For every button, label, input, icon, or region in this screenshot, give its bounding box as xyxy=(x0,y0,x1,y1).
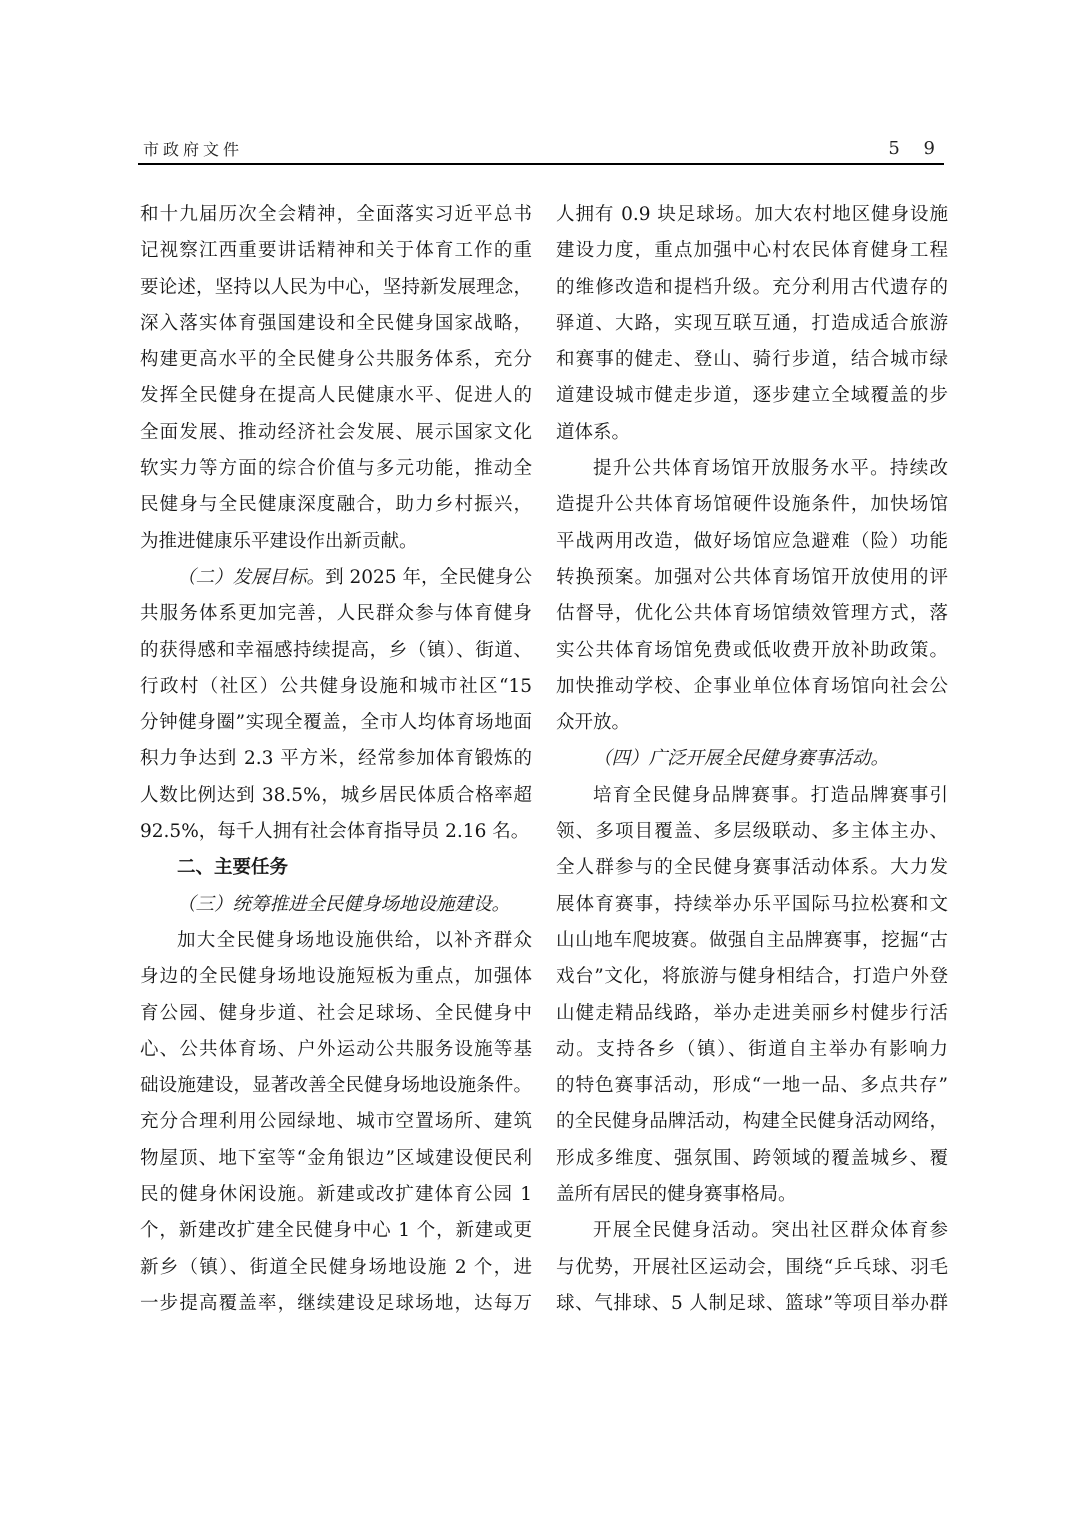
text-run: 发挥全民健身在提高人民健康水平、促进人的 xyxy=(140,385,532,406)
text-run: 提升公共体育场馆开放服务水平。持续改 xyxy=(593,458,948,479)
text-line: 充分合理利用公园绿地、城市空置场所、建筑 xyxy=(140,1104,532,1140)
text-line: 二、主要任务 xyxy=(140,850,532,886)
text-line: 行政村（社区）公共健身设施和城市社区“15 xyxy=(140,669,532,705)
text-line: 民健身与全民健康深度融合，助力乡村振兴， xyxy=(140,487,532,523)
text-run: 盖所有居民的健身赛事格局。 xyxy=(556,1184,797,1205)
text-line: 驿道、大路，实现互联互通，打造成适合旅游 xyxy=(556,306,948,342)
text-line: 与优势，开展社区运动会，围绕“乒乓球、羽毛 xyxy=(556,1250,948,1286)
text-line: 估督导，优化公共体育场馆绩效管理方式，落 xyxy=(556,596,948,632)
kaiti-run: （三）统筹推进全民健身场地设施建设。 xyxy=(177,894,510,915)
text-run: 的全民健身品牌活动，构建全民健身活动网络， xyxy=(556,1111,948,1132)
text-line: 积力争达到 2.3 平方米，经常参加体育锻炼的 xyxy=(140,741,532,777)
header-rule xyxy=(138,163,944,165)
text-run: 心、公共体育场、户外运动公共服务设施等基 xyxy=(140,1039,532,1060)
text-line: 山山地车爬坡赛。做强自主品牌赛事，挖掘“古 xyxy=(556,923,948,959)
document-page: 市政府文件 5 9 和十九届历次全会精神，全面落实习近平总书记视察江西重要讲话精… xyxy=(0,0,1074,1520)
text-line: 全人群参与的全民健身赛事活动体系。大力发 xyxy=(556,850,948,886)
text-line: 加大全民健身场地设施供给，以补齐群众 xyxy=(140,923,532,959)
text-run: 民健身与全民健康深度融合，助力乡村振兴， xyxy=(140,494,532,515)
text-run: 的维修改造和提档升级。充分利用古代遗存的 xyxy=(556,277,948,298)
text-run: 人数比例达到 38.5%，城乡居民体质合格率超 xyxy=(140,785,532,806)
text-run: 构建更高水平的全民健身公共服务体系，充分 xyxy=(140,349,532,370)
text-line: 的维修改造和提档升级。充分利用古代遗存的 xyxy=(556,270,948,306)
text-line: 构建更高水平的全民健身公共服务体系，充分 xyxy=(140,342,532,378)
text-line: 心、公共体育场、户外运动公共服务设施等基 xyxy=(140,1032,532,1068)
text-run: 础设施建设，显著改善全民健身场地设施条件。 xyxy=(140,1075,532,1096)
right-column: 人拥有 0.9 块足球场。加大农村地区健身设施建设力度，重点加强中心村农民体育健… xyxy=(556,197,948,1322)
text-line: （三）统筹推进全民健身场地设施建设。 xyxy=(140,887,532,923)
text-line: 戏台”文化，将旅游与健身相结合，打造户外登 xyxy=(556,959,948,995)
text-line: 民的健身休闲设施。新建或改扩建体育公园 1 xyxy=(140,1177,532,1213)
text-line: 道体系。 xyxy=(556,415,948,451)
text-run: 平战两用改造，做好场馆应急避难（险）功能 xyxy=(556,531,948,552)
text-run: 道体系。 xyxy=(556,422,630,443)
text-run: 记视察江西重要讲话精神和关于体育工作的重 xyxy=(140,240,532,261)
header-doc-type-label: 市政府文件 xyxy=(143,137,243,160)
text-run: 估督导，优化公共体育场馆绩效管理方式，落 xyxy=(556,603,948,624)
text-line: 平战两用改造，做好场馆应急避难（险）功能 xyxy=(556,524,948,560)
text-line: 要论述，坚持以人民为中心，坚持新发展理念， xyxy=(140,270,532,306)
left-column: 和十九届历次全会精神，全面落实习近平总书记视察江西重要讲话精神和关于体育工作的重… xyxy=(140,197,532,1322)
text-line: 人拥有 0.9 块足球场。加大农村地区健身设施 xyxy=(556,197,948,233)
text-run: 展体育赛事，持续举办乐平国际马拉松赛和文 xyxy=(556,894,948,915)
text-run: 行政村（社区）公共健身设施和城市社区“15 xyxy=(140,676,532,697)
text-run: 身边的全民健身场地设施短板为重点，加强体 xyxy=(140,966,532,987)
text-line: 领、多项目覆盖、多层级联动、多主体主办、 xyxy=(556,814,948,850)
text-run: 众开放。 xyxy=(556,712,630,733)
document-body: 和十九届历次全会精神，全面落实习近平总书记视察江西重要讲话精神和关于体育工作的重… xyxy=(140,197,948,1322)
text-line: 一步提高覆盖率，继续建设足球场地，达每万 xyxy=(140,1286,532,1322)
text-line: 新乡（镇）、街道全民健身场地设施 2 个，进 xyxy=(140,1250,532,1286)
text-run: 一步提高覆盖率，继续建设足球场地，达每万 xyxy=(140,1293,532,1314)
text-run: 形成多维度、强氛围、跨领域的覆盖城乡、覆 xyxy=(556,1148,948,1169)
text-run: 领、多项目覆盖、多层级联动、多主体主办、 xyxy=(556,821,948,842)
text-line: 物屋顶、地下室等“金角银边”区域建设便民利 xyxy=(140,1141,532,1177)
text-line: 加快推动学校、企事业单位体育场馆向社会公 xyxy=(556,669,948,705)
text-line: 造提升公共体育场馆硬件设施条件，加快场馆 xyxy=(556,487,948,523)
text-run: 加快推动学校、企事业单位体育场馆向社会公 xyxy=(556,676,948,697)
text-line: 发挥全民健身在提高人民健康水平、促进人的 xyxy=(140,378,532,414)
text-line: 软实力等方面的综合价值与多元功能，推动全 xyxy=(140,451,532,487)
text-run: 和十九届历次全会精神，全面落实习近平总书 xyxy=(140,204,532,225)
text-line: 的获得感和幸福感持续提高，乡（镇）、街道、 xyxy=(140,633,532,669)
text-line: 础设施建设，显著改善全民健身场地设施条件。 xyxy=(140,1068,532,1104)
text-run: 软实力等方面的综合价值与多元功能，推动全 xyxy=(140,458,532,479)
text-line: 培育全民健身品牌赛事。打造品牌赛事引 xyxy=(556,778,948,814)
text-line: 个，新建改扩建全民健身中心 1 个，新建或更 xyxy=(140,1213,532,1249)
text-line: 和十九届历次全会精神，全面落实习近平总书 xyxy=(140,197,532,233)
text-line: 记视察江西重要讲话精神和关于体育工作的重 xyxy=(140,233,532,269)
text-run: 戏台”文化，将旅游与健身相结合，打造户外登 xyxy=(556,966,948,987)
text-run: 开展全民健身活动。突出社区群众体育参 xyxy=(593,1220,948,1241)
text-run: 的获得感和幸福感持续提高，乡（镇）、街道、 xyxy=(140,640,532,661)
text-line: 展体育赛事，持续举办乐平国际马拉松赛和文 xyxy=(556,887,948,923)
text-run: 为推进健康乐平建设作出新贡献。 xyxy=(140,531,418,552)
text-run: 到 2025 年，全民健身公 xyxy=(325,567,532,588)
text-line: 育公园、健身步道、社会足球场、全民健身中 xyxy=(140,996,532,1032)
text-line: 众开放。 xyxy=(556,705,948,741)
text-run: 造提升公共体育场馆硬件设施条件，加快场馆 xyxy=(556,494,948,515)
text-run: 民的健身休闲设施。新建或改扩建体育公园 1 xyxy=(140,1184,532,1205)
text-run: 分钟健身圈”实现全覆盖，全市人均体育场地面 xyxy=(140,712,532,733)
text-run: 与优势，开展社区运动会，围绕“乒乓球、羽毛 xyxy=(556,1257,948,1278)
text-run: 新乡（镇）、街道全民健身场地设施 2 个，进 xyxy=(140,1257,532,1278)
text-line: 身边的全民健身场地设施短板为重点，加强体 xyxy=(140,959,532,995)
text-line: 人数比例达到 38.5%，城乡居民体质合格率超 xyxy=(140,778,532,814)
text-run: 山健走精品线路，举办走进美丽乡村健步行活 xyxy=(556,1003,948,1024)
text-run: 育公园、健身步道、社会足球场、全民健身中 xyxy=(140,1003,532,1024)
text-line: 提升公共体育场馆开放服务水平。持续改 xyxy=(556,451,948,487)
text-line: 形成多维度、强氛围、跨领域的覆盖城乡、覆 xyxy=(556,1141,948,1177)
text-line: （四）广泛开展全民健身赛事活动。 xyxy=(556,741,948,777)
text-run: 人拥有 0.9 块足球场。加大农村地区健身设施 xyxy=(556,204,948,225)
text-line: 和赛事的健走、登山、骑行步道，结合城市绿 xyxy=(556,342,948,378)
text-run: 全人群参与的全民健身赛事活动体系。大力发 xyxy=(556,857,948,878)
text-line: 为推进健康乐平建设作出新贡献。 xyxy=(140,524,532,560)
text-run: 物屋顶、地下室等“金角银边”区域建设便民利 xyxy=(140,1148,532,1169)
text-run: 深入落实体育强国建设和全民健身国家战略， xyxy=(140,313,532,334)
text-run: 全面发展、推动经济社会发展、展示国家文化 xyxy=(140,422,532,443)
text-line: 道建设城市健走步道，逐步建立全域覆盖的步 xyxy=(556,378,948,414)
text-line: 的全民健身品牌活动，构建全民健身活动网络， xyxy=(556,1104,948,1140)
text-line: 山健走精品线路，举办走进美丽乡村健步行活 xyxy=(556,996,948,1032)
text-run: 加大全民健身场地设施供给，以补齐群众 xyxy=(177,930,532,951)
text-line: 全面发展、推动经济社会发展、展示国家文化 xyxy=(140,415,532,451)
text-line: 分钟健身圈”实现全覆盖，全市人均体育场地面 xyxy=(140,705,532,741)
text-run: 动。支持各乡（镇）、街道自主举办有影响力 xyxy=(556,1039,948,1060)
text-run: 的特色赛事活动，形成“一地一品、多点共存” xyxy=(556,1075,948,1096)
kaiti-run: （四）广泛开展全民健身赛事活动。 xyxy=(593,748,889,769)
text-run: 和赛事的健走、登山、骑行步道，结合城市绿 xyxy=(556,349,948,370)
text-line: 实公共体育场馆免费或低收费开放补助政策。 xyxy=(556,633,948,669)
text-line: 球、气排球、5 人制足球、篮球”等项目举办群 xyxy=(556,1286,948,1322)
text-line: （二）发展目标。到 2025 年，全民健身公 xyxy=(140,560,532,596)
kaiti-run: （二）发展目标。 xyxy=(177,567,325,588)
text-run: 道建设城市健走步道，逐步建立全域覆盖的步 xyxy=(556,385,948,406)
text-run: 建设力度，重点加强中心村农民体育健身工程 xyxy=(556,240,948,261)
text-run: 充分合理利用公园绿地、城市空置场所、建筑 xyxy=(140,1111,532,1132)
text-run: 92.5%，每千人拥有社会体育指导员 2.16 名。 xyxy=(140,821,529,842)
text-run: 转换预案。加强对公共体育场馆开放使用的评 xyxy=(556,567,948,588)
text-line: 深入落实体育强国建设和全民健身国家战略， xyxy=(140,306,532,342)
text-line: 盖所有居民的健身赛事格局。 xyxy=(556,1177,948,1213)
text-line: 开展全民健身活动。突出社区群众体育参 xyxy=(556,1213,948,1249)
text-line: 转换预案。加强对公共体育场馆开放使用的评 xyxy=(556,560,948,596)
text-line: 建设力度，重点加强中心村农民体育健身工程 xyxy=(556,233,948,269)
text-line: 共服务体系更加完善，人民群众参与体育健身 xyxy=(140,596,532,632)
text-line: 动。支持各乡（镇）、街道自主举办有影响力 xyxy=(556,1032,948,1068)
text-run: 山山地车爬坡赛。做强自主品牌赛事，挖掘“古 xyxy=(556,930,948,951)
text-run: 共服务体系更加完善，人民群众参与体育健身 xyxy=(140,603,532,624)
text-run: 实公共体育场馆免费或低收费开放补助政策。 xyxy=(556,640,948,661)
heiti-heading-run: 二、主要任务 xyxy=(177,857,288,878)
text-run: 个，新建改扩建全民健身中心 1 个，新建或更 xyxy=(140,1220,532,1241)
text-run: 要论述，坚持以人民为中心，坚持新发展理念， xyxy=(140,277,532,298)
page-number: 5 9 xyxy=(888,138,944,159)
text-run: 球、气排球、5 人制足球、篮球”等项目举办群 xyxy=(556,1293,948,1314)
text-run: 培育全民健身品牌赛事。打造品牌赛事引 xyxy=(593,785,948,806)
text-line: 92.5%，每千人拥有社会体育指导员 2.16 名。 xyxy=(140,814,532,850)
text-run: 积力争达到 2.3 平方米，经常参加体育锻炼的 xyxy=(140,748,532,769)
text-run: 驿道、大路，实现互联互通，打造成适合旅游 xyxy=(556,313,948,334)
text-line: 的特色赛事活动，形成“一地一品、多点共存” xyxy=(556,1068,948,1104)
